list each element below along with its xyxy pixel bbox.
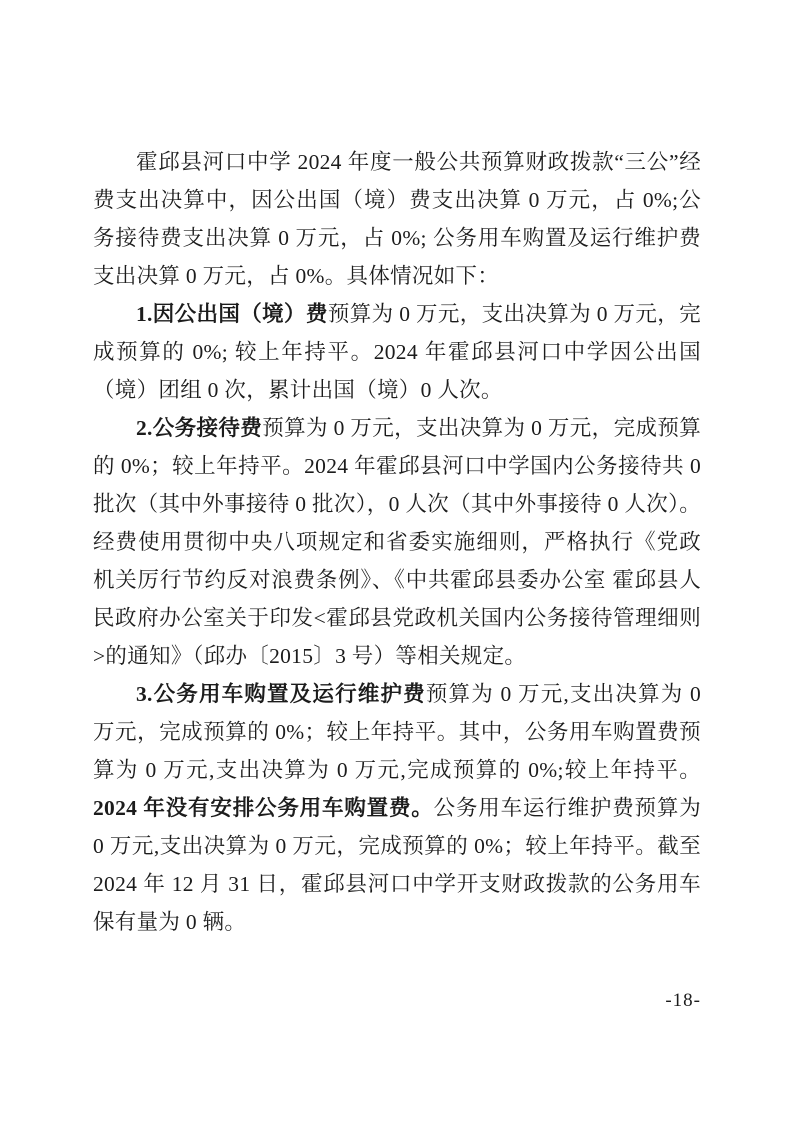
item-3-vehicle-expense: 3.公务用车购置及运行维护费预算为 0 万元,支出决算为 0 万元，完成预算的 … (93, 675, 701, 941)
bold-text-segment: 3.公务用车购置及运行维护费 (136, 682, 426, 706)
item-2-reception-expense: 2.公务接待费预算为 0 万元，支出决算为 0 万元，完成预算的 0%；较上年持… (93, 409, 701, 675)
item-1-abroad-expense: 1.因公出国（境）费预算为 0 万元，支出决算为 0 万元，完成预算的 0%; … (93, 295, 701, 409)
intro-paragraph: 霍邱县河口中学 2024 年度一般公共预算财政拨款“三公”经费支出决算中，因公出… (93, 143, 701, 295)
page-number: -18- (93, 990, 701, 1012)
document-body: 霍邱县河口中学 2024 年度一般公共预算财政拨款“三公”经费支出决算中，因公出… (93, 143, 701, 941)
text-segment: 霍邱县河口中学 2024 年度一般公共预算财政拨款“三公”经费支出决算中，因公出… (93, 150, 701, 288)
document-page: 霍邱县河口中学 2024 年度一般公共预算财政拨款“三公”经费支出决算中，因公出… (0, 0, 793, 1122)
bold-text-segment: 1.因公出国（境）费 (136, 302, 328, 326)
text-segment: 预算为 0 万元，支出决算为 0 万元，完成预算的 0%；较上年持平。2024 … (93, 416, 701, 668)
bold-text-segment: 2.公务接待费 (136, 416, 262, 440)
bold-text-segment: 2024 年没有安排公务用车购置费。 (93, 796, 434, 820)
